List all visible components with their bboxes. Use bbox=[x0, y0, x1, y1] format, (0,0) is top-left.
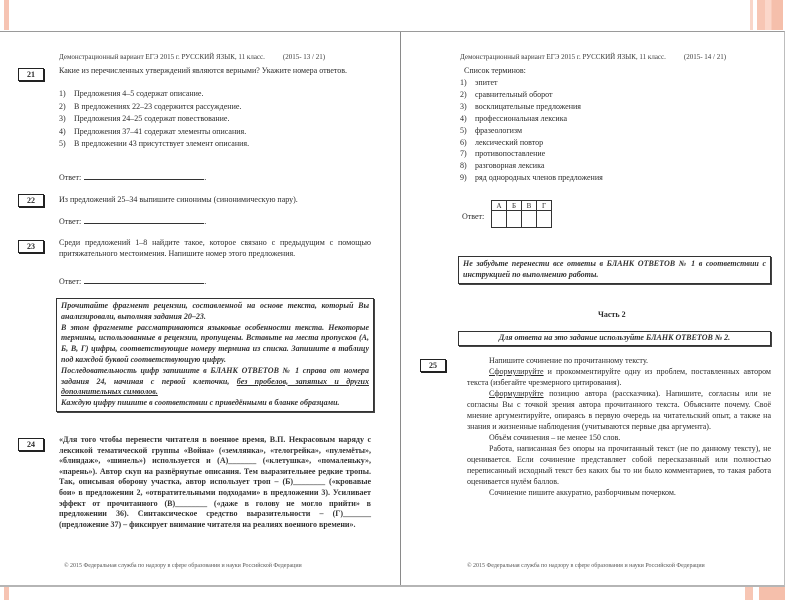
instruction-paragraph: В этом фрагменте рассматриваются языковы… bbox=[61, 323, 369, 366]
term-item: 2)сравнительный оборот bbox=[460, 89, 603, 101]
terms-title: Список терминов: bbox=[464, 65, 526, 76]
task21-question: Какие из перечисленных утверждений являю… bbox=[59, 65, 371, 76]
task21-option: 2)В предложениях 22–23 содержится рассуж… bbox=[59, 101, 249, 114]
term-item: 7)противопоставление bbox=[460, 148, 603, 160]
answer-col-header: А bbox=[492, 201, 507, 211]
task21-options: 1)Предложения 4–5 содержат описание. 2)В… bbox=[59, 88, 249, 151]
task21-option: 4)Предложения 37–41 содержат элементы оп… bbox=[59, 126, 249, 139]
task23-question: Среди предложений 1–8 найдите такое, кот… bbox=[59, 237, 371, 259]
header-title: Демонстрационный вариант ЕГЭ 2015 г. РУС… bbox=[460, 53, 666, 61]
answer-line[interactable] bbox=[84, 276, 204, 284]
page-footer: © 2015 Федеральная служба по надзору в с… bbox=[467, 563, 705, 569]
instruction-paragraph: Последовательность цифр запишите в БЛАНК… bbox=[61, 366, 369, 398]
term-item: 8)разговорная лексика bbox=[460, 160, 603, 172]
decorative-stripe-left bbox=[4, 0, 9, 30]
term-item: 1)эпитет bbox=[460, 77, 603, 89]
answer-line[interactable] bbox=[84, 216, 204, 224]
task25-paragraph: Сочинение пишите аккуратно, разборчивым … bbox=[467, 487, 771, 498]
task-number-23: 23 bbox=[18, 240, 44, 253]
task24-text: «Для того чтобы перенести читателя в вое… bbox=[59, 435, 371, 530]
task22-question: Из предложений 25–34 выпишите синонимы (… bbox=[59, 194, 371, 205]
header-title: Демонстрационный вариант ЕГЭ 2015 г. РУС… bbox=[59, 53, 265, 61]
answer-col-header: Г bbox=[537, 201, 552, 211]
answer-cell-a[interactable] bbox=[492, 211, 507, 228]
answer-label: Ответ: bbox=[59, 277, 81, 286]
answer-line[interactable] bbox=[84, 172, 204, 180]
page-footer: © 2015 Федеральная служба по надзору в с… bbox=[64, 563, 302, 569]
part2-note-box: Для ответа на это задание используйте БЛ… bbox=[458, 331, 771, 346]
page-number: (2015- 14 / 21) bbox=[684, 53, 726, 61]
term-item: 9)ряд однородных членов предложения bbox=[460, 172, 603, 184]
right-page: Демонстрационный вариант ЕГЭ 2015 г. РУС… bbox=[401, 32, 784, 585]
answer-col-header: Б bbox=[507, 201, 522, 211]
reminder-box: Не забудьте перенести все ответы в БЛАНК… bbox=[458, 256, 771, 284]
part2-title: Часть 2 bbox=[598, 310, 626, 319]
task21-option: 5)В предложении 43 присутствует элемент … bbox=[59, 138, 249, 151]
task21-option: 3)Предложения 24–25 содержат повествован… bbox=[59, 113, 249, 126]
term-item: 3)восклицательные предложения bbox=[460, 101, 603, 113]
instruction-paragraph: Прочитайте фрагмент рецензии, составленн… bbox=[61, 301, 369, 323]
page-header: Демонстрационный вариант ЕГЭ 2015 г. РУС… bbox=[460, 53, 726, 61]
answer-col-header: В bbox=[522, 201, 537, 211]
term-item: 6)лексический повтор bbox=[460, 137, 603, 149]
task25-text: Напишите сочинение по прочитанному текст… bbox=[467, 355, 771, 498]
left-page: Демонстрационный вариант ЕГЭ 2015 г. РУС… bbox=[0, 32, 401, 585]
term-item: 5)фразеологизм bbox=[460, 125, 603, 137]
task21-option: 1)Предложения 4–5 содержат описание. bbox=[59, 88, 249, 101]
task25-paragraph: Сформулируйте и прокомментируйте одну из… bbox=[467, 366, 771, 388]
task-number-25: 25 bbox=[420, 359, 446, 372]
task22-answer[interactable]: Ответ:. bbox=[59, 216, 206, 226]
answer-cell-g[interactable] bbox=[537, 211, 552, 228]
task-number-24: 24 bbox=[18, 438, 44, 451]
task24-answer-table[interactable]: А Б В Г bbox=[491, 200, 552, 228]
decorative-stripe-right-band bbox=[757, 0, 783, 30]
task24-instruction-box: Прочитайте фрагмент рецензии, составленн… bbox=[56, 298, 374, 412]
task25-paragraph: Сформулируйте позицию автора (рассказчик… bbox=[467, 388, 771, 432]
task25-paragraph: Работа, написанная без опоры на прочитан… bbox=[467, 443, 771, 487]
terms-list: 1)эпитет 2)сравнительный оборот 3)воскли… bbox=[460, 77, 603, 184]
task25-paragraph: Объём сочинения – не менее 150 слов. bbox=[467, 432, 771, 443]
task24-answer-label: Ответ: bbox=[462, 212, 484, 221]
term-item: 4)профессиональная лексика bbox=[460, 113, 603, 125]
task23-answer[interactable]: Ответ:. bbox=[59, 276, 206, 286]
answer-label: Ответ: bbox=[59, 173, 81, 182]
answer-cell-v[interactable] bbox=[522, 211, 537, 228]
task21-answer[interactable]: Ответ:. bbox=[59, 172, 206, 182]
page-header: Демонстрационный вариант ЕГЭ 2015 г. РУС… bbox=[59, 53, 325, 61]
instruction-paragraph: Каждую цифру пишите в соответствии с при… bbox=[61, 398, 369, 409]
task-number-21: 21 bbox=[18, 68, 44, 81]
task25-paragraph: Напишите сочинение по прочитанному текст… bbox=[467, 355, 771, 366]
page-number: (2015- 13 / 21) bbox=[283, 53, 325, 61]
document-spread: Демонстрационный вариант ЕГЭ 2015 г. РУС… bbox=[0, 31, 785, 587]
answer-label: Ответ: bbox=[59, 217, 81, 226]
decorative-stripe-right bbox=[750, 0, 753, 30]
task-number-22: 22 bbox=[18, 194, 44, 207]
answer-cell-b[interactable] bbox=[507, 211, 522, 228]
